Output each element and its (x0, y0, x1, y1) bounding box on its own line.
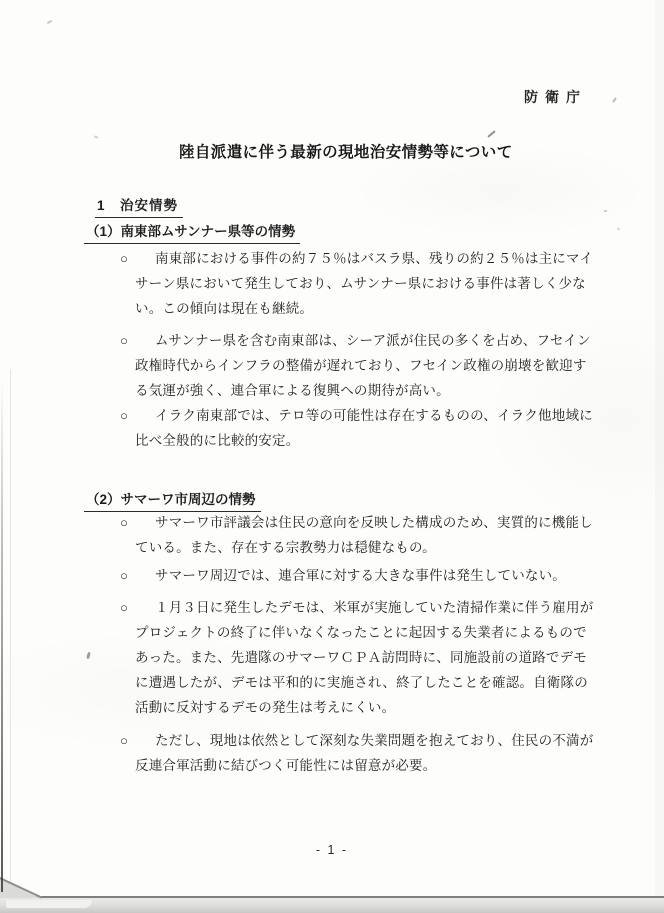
bullet-text-line: に遭遇したが、デモは平和的に実施され、終了したことを確認。自衛隊の (135, 670, 593, 695)
paper-bottom-edge (22, 896, 664, 898)
circle-bullet-icon: ○ (120, 510, 128, 535)
bullet-text-line: イラク南東部では、テロ等の可能性は存在するものの、イラク他地域に (155, 403, 593, 428)
scan-artifact-mark (47, 20, 52, 24)
scan-artifact-mark (617, 227, 621, 230)
paper-page: 防衛庁 陸自派遣に伴う最新の現地治安情勢等について 1 治安情勢 （1）南東部ム… (0, 0, 664, 898)
subheading-musanna-province: （1）南東部ムサンナー県等の情勢 (84, 220, 300, 244)
document-title: 陸自派遣に伴う最新の現地治安情勢等について (179, 140, 513, 162)
bullet-text-line: サマーワ市評議会は住民の意向を反映した構成のため、実質的に機能し (155, 510, 593, 535)
circle-bullet-icon: ○ (120, 246, 128, 271)
subheading-samawah-city: （2）サマーワ市周辺の情勢 (84, 488, 261, 512)
scanned-document: 防衛庁 陸自派遣に伴う最新の現地治安情勢等について 1 治安情勢 （1）南東部ム… (0, 0, 664, 913)
bullet-text-line: 政権時代からインフラの整備が遅れており、フセイン政権の崩壊を歓迎す (135, 353, 591, 378)
bullet-text-line: サーン県において発生しており、ムサンナー県における事件は著しく少な (135, 271, 593, 296)
paper-left-edge (1, 380, 3, 892)
bullet-text-line: あった。また、先遣隊のサマーワＣＰＡ訪問時に、同施設前の道路でデモ (135, 645, 593, 670)
scan-artifact-mark (487, 130, 495, 137)
bullet-text-line: ている。また、存在する宗教勢力は穏健なもの。 (135, 535, 593, 560)
bullet-item: ○ １月３日に発生したデモは、米軍が実施していた清掃作業に伴う雇用が プロジェク… (120, 595, 593, 720)
agency-name: 防衛庁 (524, 87, 587, 107)
bullet-item: ○ ムサンナー県を含む南東部は、シーア派が住民の多くを占め、フセイン 政権時代か… (120, 328, 591, 403)
scanner-background (0, 898, 664, 913)
bullet-text-line: 活動に反対するデモの発生は考えにくい。 (135, 695, 593, 720)
bullet-item: ○ ただし、現地は依然として深刻な失業問題を抱えており、住民の不満が 反連合軍活… (120, 728, 593, 778)
bullet-item: ○ サマーワ周辺では、連合軍に対する大きな事件は発生していない。 (120, 563, 566, 588)
bullet-text-line: プロジェクトの終了に伴いなくなったことに起因する失業者によるもので (135, 620, 593, 645)
bullet-text-line: ムサンナー県を含む南東部は、シーア派が住民の多くを占め、フセイン (155, 328, 591, 353)
scan-artifact-mark (94, 135, 98, 138)
circle-bullet-icon: ○ (120, 728, 128, 753)
scan-artifact-mark (612, 97, 617, 102)
circle-bullet-icon: ○ (120, 328, 128, 353)
bullet-item: ○ イラク南東部では、テロ等の可能性は存在するものの、イラク他地域に 比べ全般的… (120, 403, 593, 453)
heading-security-situation: 1 治安情勢 (95, 194, 183, 218)
circle-bullet-icon: ○ (120, 595, 128, 620)
bullet-text-line: 南東部における事件の約７５％はバスラ県、残りの約２５％は主にマイ (155, 246, 593, 271)
scan-fold-line (10, 370, 11, 898)
bullet-text-line: る気運が強く、連合軍による復興への期待が高い。 (135, 378, 591, 403)
bullet-item: ○ サマーワ市評議会は住民の意向を反映した構成のため、実質的に機能し ている。ま… (120, 510, 593, 560)
scan-artifact-mark (86, 652, 91, 660)
circle-bullet-icon: ○ (120, 403, 128, 428)
scan-edge-shadow (655, 0, 664, 898)
underlying-page-corner (6, 900, 92, 908)
bullet-text-line: 反連合軍活動に結びつく可能性には留意が必要。 (135, 753, 593, 778)
page-number: - 1 - (0, 843, 664, 857)
bullet-text-line: い。この傾向は現在も継続。 (135, 296, 593, 321)
bullet-text-line: サマーワ周辺では、連合軍に対する大きな事件は発生していない。 (155, 563, 566, 588)
bullet-text-line: １月３日に発生したデモは、米軍が実施していた清掃作業に伴う雇用が (155, 595, 593, 620)
circle-bullet-icon: ○ (120, 563, 128, 588)
bullet-item: ○ 南東部における事件の約７５％はバスラ県、残りの約２５％は主にマイ サーン県に… (120, 246, 593, 321)
bullet-text-line: 比べ全般的に比較的安定。 (135, 428, 593, 453)
bullet-text-line: ただし、現地は依然として深刻な失業問題を抱えており、住民の不満が (155, 728, 593, 753)
scan-artifact-mark (604, 210, 607, 212)
